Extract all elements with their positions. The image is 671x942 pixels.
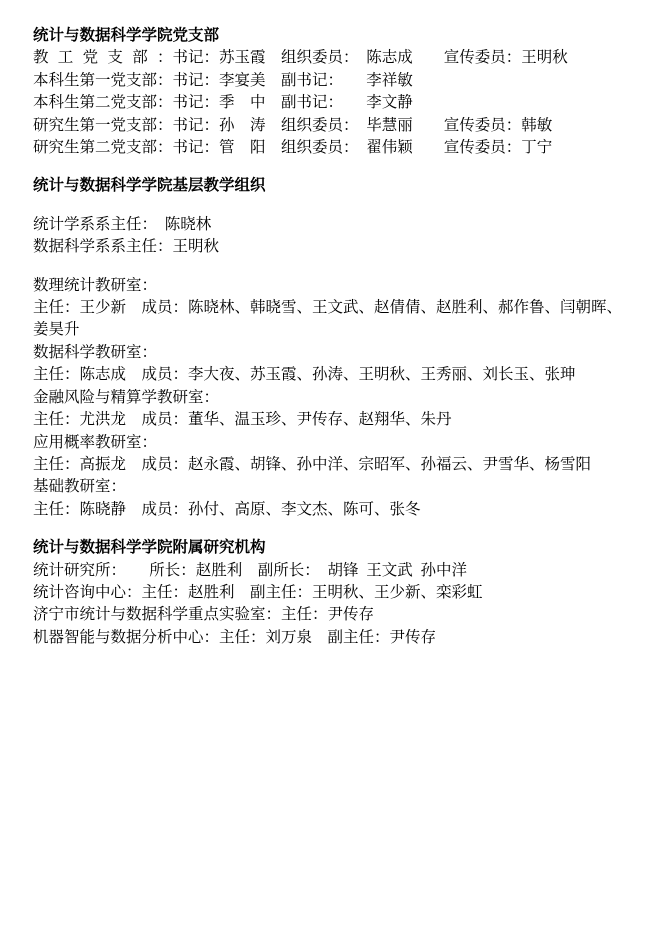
dept-head-row: 数据科学系系主任：王明秋 [33,236,631,258]
institute-row: 统计咨询中心：主任：赵胜利 副主任：王明秋、王少新、栾彩虹 [33,582,631,604]
office-name-row: 基础教研室： [33,476,631,498]
blank-line [33,159,631,175]
party-branches-heading: 统计与数据科学学院党支部 [33,25,631,47]
research-institutes-heading: 统计与数据科学学院附属研究机构 [33,537,631,559]
document-page: 统计与数据科学学院党支部 教工党支部：书记：苏玉霞 组织委员： 陈志成 宣传委员… [0,0,671,942]
branch-name-label: 本科生第二党支部： [33,92,173,114]
office-name-row: 应用概率教研室： [33,432,631,454]
branch-name-label: 研究生第一党支部： [33,115,173,137]
office-members-row: 主任：陈晓静 成员：孙付、高原、李文杰、陈可、张冬 [33,499,631,521]
office-members-row: 主任：陈志成 成员：李大夜、苏玉霞、孙涛、王明秋、王秀丽、刘长玉、张珅 [33,364,631,386]
party-branch-row: 本科生第二党支部：书记：季 中 副书记： 李文静 [33,92,631,114]
blank-line [33,259,631,275]
branch-officers-text: 书记：孙 涛 组织委员： 毕慧丽 宣传委员：韩敏 [173,117,553,134]
office-name-row: 金融风险与精算学教研室： [33,387,631,409]
blank-line [33,521,631,537]
branch-name-label: 研究生第二党支部： [33,137,173,159]
branch-name-label: 教工党支部： [33,47,173,69]
branch-officers-text: 书记：季 中 副书记： 李文静 [173,94,413,111]
branch-officers-text: 书记：苏玉霞 组织委员： 陈志成 宣传委员：王明秋 [173,49,568,66]
party-branch-row: 教工党支部：书记：苏玉霞 组织委员： 陈志成 宣传委员：王明秋 [33,47,631,69]
dept-head-row: 统计学系系主任： 陈晓林 [33,214,631,236]
office-name-row: 数据科学教研室： [33,342,631,364]
institute-row: 机器智能与数据分析中心：主任：刘万泉 副主任：尹传存 [33,627,631,649]
branch-name-label: 本科生第一党支部： [33,70,173,92]
institute-row: 统计研究所： 所长：赵胜利 副所长： 胡锋 王文武 孙中洋 [33,560,631,582]
section-teaching-organization: 统计与数据科学学院基层教学组织 统计学系系主任： 陈晓林 数据科学系系主任：王明… [33,175,631,521]
party-branch-row: 本科生第一党支部：书记：李宴美 副书记： 李祥敏 [33,70,631,92]
office-name-row: 数理统计教研室： [33,275,631,297]
office-members-row: 主任：高振龙 成员：赵永霞、胡锋、孙中洋、宗昭军、孙福云、尹雪华、杨雪阳 [33,454,631,476]
institute-row: 济宁市统计与数据科学重点实验室：主任：尹传存 [33,604,631,626]
section-research-institutes: 统计与数据科学学院附属研究机构 统计研究所： 所长：赵胜利 副所长： 胡锋 王文… [33,537,631,649]
office-members-row: 主任：王少新 成员：陈晓林、韩晓雪、王文武、赵倩倩、赵胜利、郝作鲁、闫朝晖、姜昊… [33,297,631,342]
party-branch-row: 研究生第一党支部：书记：孙 涛 组织委员： 毕慧丽 宣传委员：韩敏 [33,115,631,137]
section-party-branches: 统计与数据科学学院党支部 教工党支部：书记：苏玉霞 组织委员： 陈志成 宣传委员… [33,25,631,159]
teaching-organization-heading: 统计与数据科学学院基层教学组织 [33,175,631,197]
office-members-row: 主任：尤洪龙 成员：董华、温玉珍、尹传存、赵翔华、朱丹 [33,409,631,431]
branch-officers-text: 书记：李宴美 副书记： 李祥敏 [173,72,413,89]
branch-officers-text: 书记：管 阳 组织委员： 翟伟颖 宣传委员：丁宁 [173,139,553,156]
party-branch-row: 研究生第二党支部：书记：管 阳 组织委员： 翟伟颖 宣传委员：丁宁 [33,137,631,159]
blank-line [33,198,631,214]
